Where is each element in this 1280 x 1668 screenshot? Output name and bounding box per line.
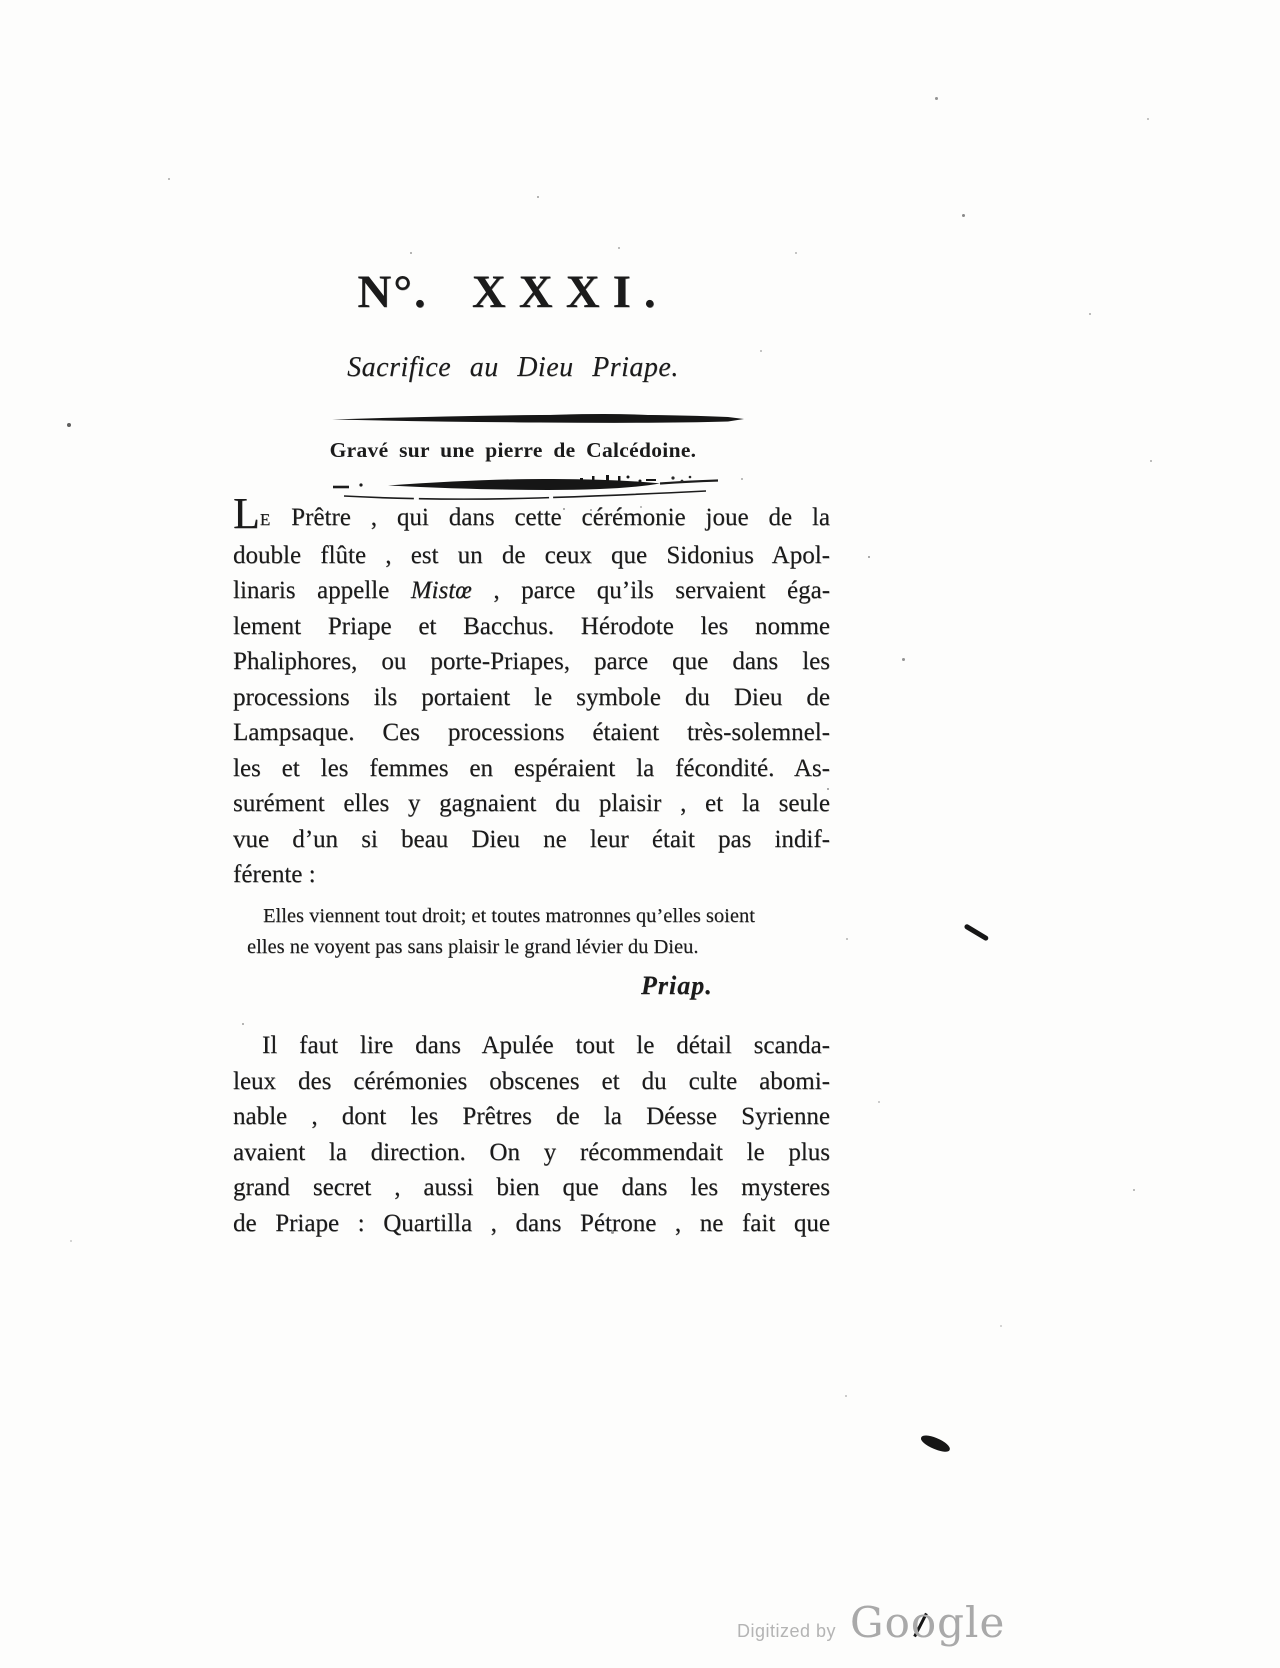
text-line: les et les femmes en espéraient la fécon… xyxy=(233,751,830,787)
scan-speck xyxy=(1000,1325,1002,1327)
scan-speck xyxy=(563,508,565,510)
text-line: surément elles y gagnaient du plaisir , … xyxy=(233,786,830,822)
text-line: vue d’un si beau Dieu ne leur était pas … xyxy=(233,822,830,858)
scan-speck xyxy=(845,1395,847,1397)
scan-speck xyxy=(868,556,870,558)
scan-speck xyxy=(410,252,412,254)
mist-line-pre: linaris appelle xyxy=(233,577,389,604)
quote-lines: Elles viennent tout droit; et toutes mat… xyxy=(247,901,847,963)
text-line-lead: LE Prêtre , qui dans cette cérémonie jou… xyxy=(233,500,830,538)
scanned-book-page: N°.XXXI. Sacrifice au Dieu Priape. Gravé… xyxy=(0,0,1280,1668)
scan-speck xyxy=(611,1231,614,1234)
plate-roman-numeral: XXXI. xyxy=(472,266,669,318)
google-logo: Google xyxy=(850,1598,1005,1647)
text-line: nable , dont les Prêtres de la Déesse Sy… xyxy=(233,1099,830,1135)
text-line: lement Priape et Bacchus. Hérodote les n… xyxy=(233,609,830,645)
text-line: de Priape : Quartilla , dans Pétrone , n… xyxy=(233,1206,830,1242)
text-line: Phaliphores, ou porte-Priapes, parce que… xyxy=(233,644,830,680)
scan-speck xyxy=(902,658,905,661)
scan-speck xyxy=(617,509,619,511)
text-line: processions ils portaient le symbole du … xyxy=(233,680,830,716)
lead-smallcap: E xyxy=(260,510,271,529)
text-line: grand secret , aussi bien que dans les m… xyxy=(233,1170,830,1206)
text-line: leux des cérémonies obscenes et du culte… xyxy=(233,1064,830,1100)
quote-attribution: Priap. xyxy=(641,971,713,1001)
ornamental-rule-top xyxy=(330,410,746,428)
scan-speck xyxy=(168,178,170,180)
ink-mark xyxy=(919,1433,952,1455)
drop-cap-initial: L xyxy=(233,489,260,538)
mist-line-italic: Mistœ xyxy=(389,577,493,604)
plate-number-heading: N°.XXXI. xyxy=(230,266,796,318)
scan-speck xyxy=(741,478,743,480)
text-line: Il faut lire dans Apulée tout le détail … xyxy=(233,1028,830,1064)
paragraph2-lines: Il faut lire dans Apulée tout le détail … xyxy=(233,1028,830,1241)
text-line: avaient la direction. On y récommendait … xyxy=(233,1135,830,1171)
scan-speck xyxy=(935,97,938,100)
scan-speck xyxy=(67,423,71,427)
scan-speck xyxy=(846,938,848,940)
scan-speck xyxy=(827,788,829,790)
body-paragraph-2: Il faut lire dans Apulée tout le détail … xyxy=(233,1028,830,1241)
scan-speck xyxy=(537,196,539,198)
body-paragraph-1: LE Prêtre , qui dans cette cérémonie jou… xyxy=(233,500,830,893)
plate-subtitle: Sacrifice au Dieu Priape. xyxy=(230,350,796,386)
text-line: Elles viennent tout droit; et toutes mat… xyxy=(247,901,847,932)
paragraph1-lines: lement Priape et Bacchus. Hérodote les n… xyxy=(233,609,830,893)
scan-speck xyxy=(640,506,642,508)
text-line: férente : xyxy=(233,857,830,893)
ink-mark xyxy=(964,923,989,941)
scan-speck xyxy=(70,1240,72,1242)
scan-speck xyxy=(962,214,965,217)
text-line: double flûte , est un de ceux que Sidoni… xyxy=(233,538,830,574)
scan-speck xyxy=(618,247,620,249)
text-line: Lampsaque. Ces processions étaient très-… xyxy=(233,715,830,751)
watermark-prefix: Digitized by xyxy=(737,1621,836,1642)
scan-speck xyxy=(590,509,592,511)
scan-speck xyxy=(760,350,762,352)
scan-speck xyxy=(1150,460,1152,462)
plate-caption: Gravé sur une pierre de Calcédoine. xyxy=(230,437,796,464)
scan-speck xyxy=(1147,118,1149,120)
verse-quote: Elles viennent tout droit; et toutes mat… xyxy=(247,901,847,963)
scan-speck xyxy=(1089,313,1091,315)
scan-speck xyxy=(878,1101,880,1103)
plate-number-label: N°. xyxy=(357,266,428,318)
text-line: elles ne voyent pas sans plaisir le gran… xyxy=(247,932,847,963)
scan-speck xyxy=(1133,1189,1135,1191)
scan-speck xyxy=(242,1023,244,1025)
mist-line-post: , parce qu’ils servaient éga- xyxy=(493,577,830,604)
text-line: linaris appelle Mistœ , parce qu’ils ser… xyxy=(233,573,830,609)
scan-speck xyxy=(795,252,797,254)
digitization-watermark: Digitized by Google xyxy=(737,1598,1005,1647)
lead-line-text: Prêtre , qui dans cette cérémonie joue d… xyxy=(271,504,830,531)
